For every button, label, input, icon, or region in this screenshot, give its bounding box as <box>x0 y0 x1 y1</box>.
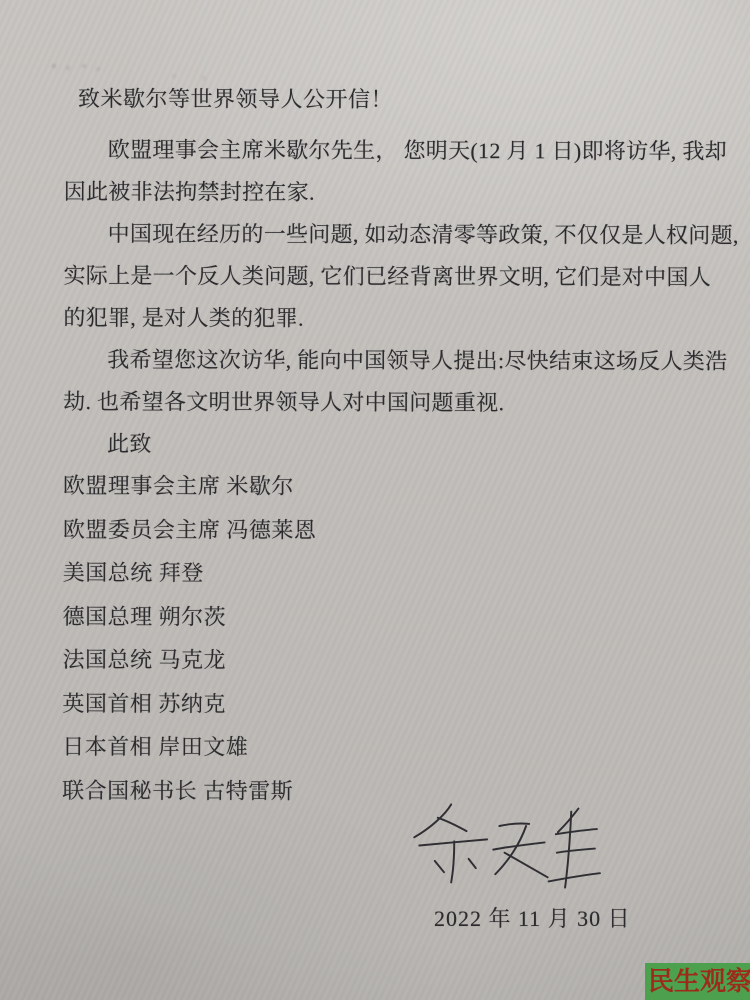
letter-title: 致米歇尔等世界领导人公开信！ <box>78 84 704 137</box>
recipient-list: 欧盟理事会主席 米歇尔 欧盟委员会主席 冯德莱恩 美国总统 拜登 德国总理 朔尔… <box>62 471 703 821</box>
letter-photo: 致米歇尔等世界领导人公开信！ 欧盟理事会主席米歇尔先生， 您明天(12 月 1 … <box>0 0 750 1000</box>
watermark-text: 民生观察 <box>648 967 750 996</box>
recipient-line: 联合国秘书长 古特雷斯 <box>62 775 702 820</box>
recipient-line: 英国首相 苏纳克 <box>62 688 702 733</box>
letter-line: 实际上是一个反人类问题, 它们已经背离世界文明, 它们是对中国人 <box>63 261 703 305</box>
recipient-line: 欧盟委员会主席 冯德莱恩 <box>63 514 703 559</box>
letter-line: 劫. 也希望各文明世界领导人对中国问题重视. <box>63 387 703 431</box>
recipient-line: 日本首相 岸田文雄 <box>62 732 702 777</box>
letter-date: 2022 年 11 月 30 日 <box>434 902 631 933</box>
letter-body: 致米歇尔等世界领导人公开信！ 欧盟理事会主席米歇尔先生， 您明天(12 月 1 … <box>62 84 704 821</box>
letter-line: 我希望您这次访华, 能向中国领导人提出:尽快结束这场反人类浩 <box>63 345 703 389</box>
bleed-through-marks <box>52 64 56 68</box>
recipient-line: 美国总统 拜登 <box>63 558 703 603</box>
watermark-badge: 民生观察 <box>645 963 750 1000</box>
recipient-line: 欧盟理事会主席 米歇尔 <box>63 471 703 516</box>
letter-line: 因此被非法拘禁封控在家. <box>64 177 704 221</box>
letter-line: 的犯罪, 是对人类的犯罪. <box>63 303 703 347</box>
letter-line: 中国现在经历的一些问题, 如动态清零等政策, 不仅仅是人权问题, <box>64 219 704 263</box>
recipient-line: 德国总理 朔尔茨 <box>63 601 703 646</box>
letter-closing: 此致 <box>63 429 703 473</box>
signature-handwriting <box>406 794 601 897</box>
letter-line: 欧盟理事会主席米歇尔先生， 您明天(12 月 1 日)即将访华, 我却 <box>64 135 704 179</box>
signature-strokes <box>414 804 600 887</box>
recipient-line: 法国总统 马克龙 <box>62 645 702 690</box>
